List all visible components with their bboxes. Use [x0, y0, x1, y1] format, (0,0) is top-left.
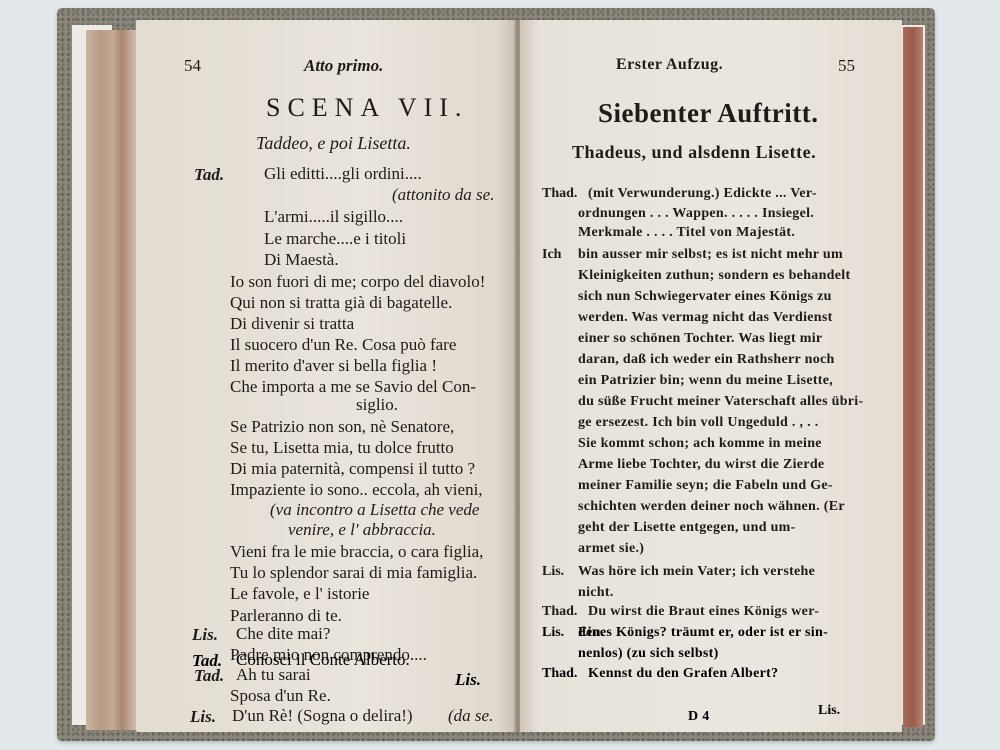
verse-line: Che dite mai? [236, 623, 330, 645]
prose-line: Merkmale . . . . Titel von Majestät. [578, 222, 795, 244]
speaker-label: Lis. [542, 564, 564, 580]
speaker-label: Thad. [542, 666, 577, 682]
verse-line: Qui non si tratta già di bagatelle. [230, 292, 452, 314]
verse-line: Vieni fra le mie braccia, o cara figlia, [230, 541, 483, 563]
running-head: Erster Aufzug. [616, 56, 723, 74]
character-list: Thadeus, und alsdenn Lisette. [572, 142, 816, 163]
verse-line: Sposa d'un Re. [230, 685, 331, 707]
verse-line: Conosci il Conte Alberto. [236, 649, 410, 671]
prose-line: Arme liebe Tochter, du wirst die Zierde [578, 454, 824, 476]
prose-line: Kennst du den Grafen Albert? [588, 663, 778, 685]
verse-line: Se tu, Lisetta mia, tu dolce frutto [230, 437, 454, 459]
verse-line: L'armi.....il sigillo.... [264, 206, 403, 228]
prose-line: Was höre ich mein Vater; ich verstehe [578, 561, 815, 583]
verse-line: Io son fuori di me; corpo del diavolo! [230, 271, 485, 293]
prose-line: ge ersezest. Ich bin voll Ungeduld . , .… [578, 412, 819, 434]
stage-direction: (attonito da se. [392, 185, 494, 205]
prose-line: schichten werden deiner noch wähnen. (Er [578, 496, 845, 518]
prose-line: geht der Lisette entgegen, und um- [578, 517, 796, 539]
verse-line: Le favole, e l' istorie [230, 583, 369, 605]
speaker-label: Lis. [190, 707, 216, 727]
right-page-edges [903, 27, 923, 727]
catchword: Lis. [455, 670, 481, 690]
prose-line: Du wirst die Braut eines Königs wer- [588, 601, 819, 623]
scene-title: Siebenter Auftritt. [598, 98, 818, 129]
stage-direction: (va incontro a Lisetta che vede [270, 500, 479, 520]
speaker-label: Lis. [192, 625, 218, 645]
speaker-label: Lis. [542, 625, 564, 641]
prose-line: Sie kommt schon; ach komme in meine [578, 433, 822, 455]
prose-line: daran, daß ich weder ein Rathsherr noch [578, 349, 835, 371]
prose-line: du süße Frucht meiner Vaterschaft alles … [578, 391, 863, 413]
stage-direction: (da se. [448, 706, 493, 726]
character-list: Taddeo, e poi Lisetta. [256, 133, 411, 154]
prose-line: (mit Verwunderung.) Edickte ... Ver- [588, 183, 817, 205]
verse-line: Di divenir si tratta [230, 313, 354, 335]
stage-direction: venire, e l' abbraccia. [288, 520, 436, 540]
prose-line: nenlos) (zu sich selbst) [578, 643, 719, 665]
verse-line: Di Maestà. [264, 249, 339, 271]
prose-line: einer so schönen Tochter. Was liegt mir [578, 328, 822, 350]
speaker-label: Tad. [194, 165, 224, 185]
verse-line: Di mia paternità, compensi il tutto ? [230, 458, 475, 480]
prose-line: armet sie.) [578, 538, 644, 560]
page-number: 54 [184, 56, 201, 76]
scene-title: SCENA VII. [266, 93, 468, 123]
speaker-label: Tad. [192, 651, 222, 671]
verse-line: Gli editti....gli ordini.... [264, 163, 422, 185]
speaker-label: Thad. [542, 604, 577, 620]
prose-line: bin ausser mir selbst; es ist nicht mehr… [578, 244, 843, 266]
verse-line: Il suocero d'un Re. Cosa può fare [230, 334, 456, 356]
page-number: 55 [838, 56, 855, 76]
verse-line: Che importa a me se Savio del Con- [230, 376, 476, 398]
verse-line: Il merito d'aver si bella figlia ! [230, 355, 437, 377]
prose-line: meiner Familie seyn; die Fabeln und Ge- [578, 475, 833, 497]
verse-line: Impaziente io sono.. eccola, ah vieni, [230, 479, 483, 501]
speaker-label: Ich [542, 247, 561, 263]
prose-line: Eines Königs? träumt er, oder ist er sin… [578, 622, 828, 644]
speaker-label: Thad. [542, 186, 577, 202]
running-head: Atto primo. [304, 56, 383, 76]
prose-line: Kleinigkeiten zuthun; sondern es behande… [578, 265, 850, 287]
verse-line: Le marche....e i titoli [264, 228, 406, 250]
prose-line: sich nun Schwiegervater eines Königs zu [578, 286, 832, 308]
verse-line: Tu lo splendor sarai di mia famiglia. [230, 562, 477, 584]
signature-mark: D 4 [688, 706, 710, 728]
verse-line: siglio. [356, 394, 398, 416]
left-page: 54 Atto primo. SCENA VII. Taddeo, e poi … [136, 20, 516, 732]
prose-line: ein Patrizier bin; wenn du meine Lisette… [578, 370, 833, 392]
prose-line: werden. Was vermag nicht das Verdienst [578, 307, 833, 329]
verse-line: D'un Rè! (Sogna o delira!) [232, 705, 413, 727]
verse-line: Se Patrizio non son, nè Senatore, [230, 416, 454, 438]
catchword: Lis. [818, 703, 840, 719]
